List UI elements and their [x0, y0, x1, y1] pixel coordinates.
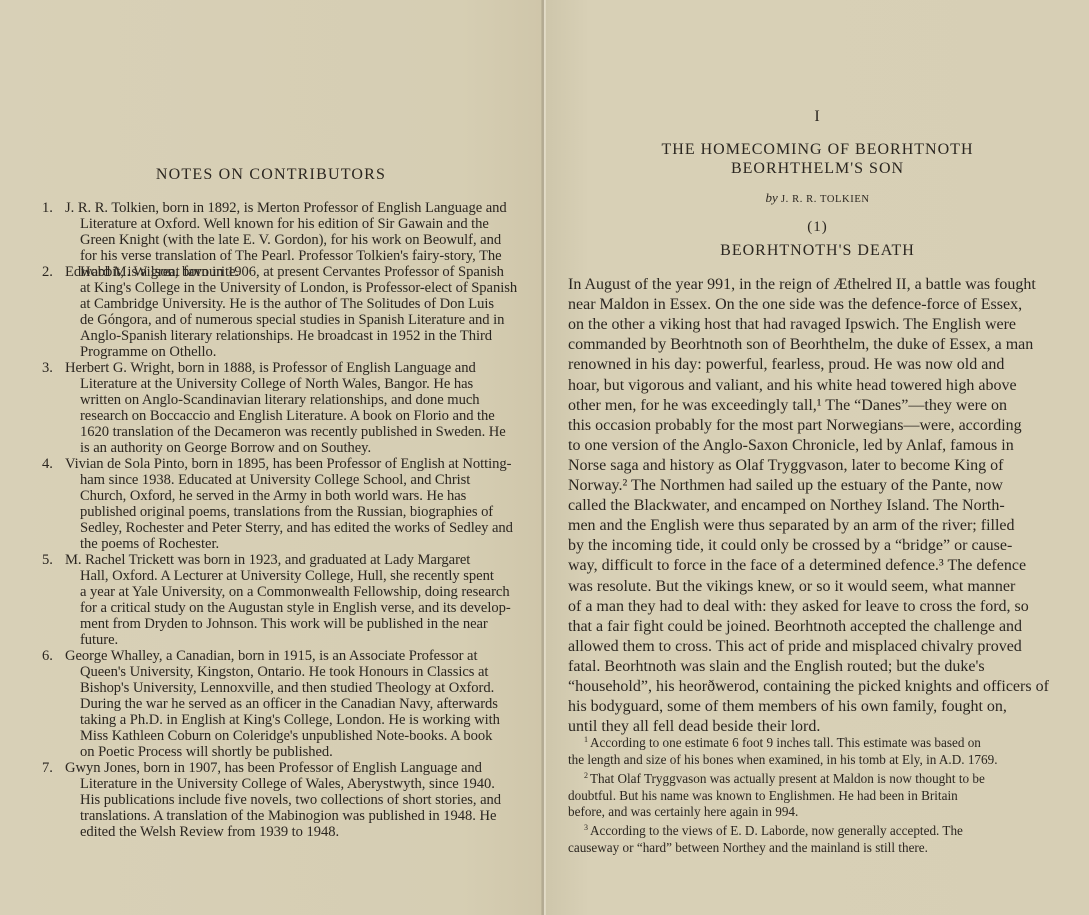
entry-line: Vivian de Sola Pinto, born in 1895, has …	[65, 456, 508, 472]
footnote-line: before, and was certainly here again in …	[568, 804, 798, 820]
entry-number: 3.	[42, 360, 53, 376]
entry-line: Edward M. Wilson, born in 1906, at prese…	[65, 264, 508, 280]
entry-line: Church, Oxford, he served in the Army in…	[80, 488, 508, 504]
body-line: that a fair fight could be joined. Beorh…	[568, 617, 1022, 637]
byline-prefix: by	[765, 190, 777, 205]
body-line: called the Blackwater, and encamped on N…	[568, 496, 1005, 516]
body-line: In August of the year 991, in the reign …	[568, 275, 1036, 295]
body-line: men and the English were thus separated …	[568, 516, 1015, 536]
entry-line: J. R. R. Tolkien, born in 1892, is Merto…	[65, 200, 508, 216]
body-line: by the incoming tide, it could only be c…	[568, 536, 1012, 556]
entry-line: Hall, Oxford. A Lecturer at University C…	[80, 568, 508, 584]
entry-line: at Cambridge University. He is the autho…	[80, 296, 508, 312]
entry-line: George Whalley, a Canadian, born in 1915…	[65, 648, 508, 664]
left-page: NOTES ON CONTRIBUTORS 1.J. R. R. Tolkien…	[0, 0, 542, 915]
entry-line: During the war he served as an officer i…	[80, 696, 508, 712]
body-line: was resolute. But the vikings knew, or s…	[568, 577, 1015, 597]
section-title: BEORHTNOTH'S DEATH	[546, 242, 1089, 260]
right-page: I THE HOMECOMING OF BEORHTNOTH BEORHTHEL…	[546, 0, 1089, 915]
entry-line: is an authority on George Borrow and on …	[80, 440, 508, 456]
entry-line: written on Anglo-Scandinavian literary r…	[80, 392, 508, 408]
body-line: to one version of the Anglo-Saxon Chroni…	[568, 436, 1014, 456]
byline-author: J. R. R. TOLKIEN	[781, 194, 870, 205]
entry-line: Anglo-Spanish literary relationships. He…	[80, 328, 508, 344]
body-line: hoar, but vigorous and valiant, and his …	[568, 376, 1017, 396]
entry-line: Programme on Othello.	[80, 344, 508, 360]
entry-line: Sedley, Rochester and Peter Sterry, and …	[80, 520, 508, 536]
entry-line: ment from Dryden to Johnson. This work w…	[80, 616, 508, 632]
page-heading: NOTES ON CONTRIBUTORS	[0, 166, 542, 184]
footnote-mark: 2	[584, 771, 590, 780]
entry-line: taking a Ph.D. in English at King's Coll…	[80, 712, 508, 728]
body-line: other men, for he was exceedingly tall,¹…	[568, 396, 1007, 416]
footnote-line: 3 According to the views of E. D. Labord…	[584, 823, 963, 839]
footnote-line: doubtful. But his name was known to Engl…	[568, 788, 958, 804]
entry-line: research on Boccaccio and English Litera…	[80, 408, 508, 424]
section-number: (1)	[546, 219, 1089, 236]
footnote-mark: 3	[584, 823, 590, 832]
body-line: his bodyguard, some of them members of h…	[568, 697, 1007, 717]
entry-line: Gwyn Jones, born in 1907, has been Profe…	[65, 760, 508, 776]
entry-line: His publications include five novels, tw…	[80, 792, 508, 808]
entry-number: 2.	[42, 264, 53, 280]
entry-line: Bishop's University, Lennoxville, and th…	[80, 680, 508, 696]
entry-number: 5.	[42, 552, 53, 568]
entry-number: 6.	[42, 648, 53, 664]
chapter-number: I	[546, 108, 1089, 126]
entry-number: 7.	[42, 760, 53, 776]
body-line: Norse saga and history as Olaf Tryggvaso…	[568, 456, 1003, 476]
entry-line: future.	[80, 632, 508, 648]
entry-line: the poems of Rochester.	[80, 536, 508, 552]
entry-number: 1.	[42, 200, 53, 216]
body-line: fatal. Beorhtnoth was slain and the Engl…	[568, 657, 985, 677]
body-line: “household”, his heorðwerod, containing …	[568, 677, 1049, 697]
entry-line: 1620 translation of the Decameron was re…	[80, 424, 508, 440]
entry-line: edited the Welsh Review from 1939 to 194…	[80, 824, 508, 840]
entry-line: at King's College in the University of L…	[80, 280, 508, 296]
footnote-mark: 1	[584, 735, 590, 744]
body-line: Norway.² The Northmen had sailed up the …	[568, 476, 1003, 496]
entry-line: Queen's University, Kingston, Ontario. H…	[80, 664, 508, 680]
entry-line: on Poetic Process will shortly be publis…	[80, 744, 508, 760]
entry-line: Literature at the University College of …	[80, 376, 508, 392]
footnote-line: the length and size of his bones when ex…	[568, 752, 998, 768]
entry-line: M. Rachel Trickett was born in 1923, and…	[65, 552, 508, 568]
body-line: near Maldon in Essex. On the one side wa…	[568, 295, 1022, 315]
chapter-title-line-1: THE HOMECOMING OF BEORHTNOTH	[546, 141, 1089, 159]
footnote-line: 1 According to one estimate 6 foot 9 inc…	[584, 735, 981, 751]
entry-line: for a critical study on the Augustan sty…	[80, 600, 508, 616]
chapter-title-line-2: BEORHTHELM'S SON	[546, 160, 1089, 178]
body-line: on the other a viking host that had rava…	[568, 315, 1016, 335]
entry-line: Herbert G. Wright, born in 1888, is Prof…	[65, 360, 508, 376]
entry-number: 4.	[42, 456, 53, 472]
body-line: this occasion probably for the most part…	[568, 416, 1022, 436]
entry-line: a year at Yale University, on a Commonwe…	[80, 584, 508, 600]
entry-line: translations. A translation of the Mabin…	[80, 808, 508, 824]
entry-line: Literature in the University College of …	[80, 776, 508, 792]
footnote-line: causeway or “hard” between Northey and t…	[568, 840, 928, 856]
body-line: of a man they had to deal with: they ask…	[568, 597, 1029, 617]
body-line: renowned in his day: powerful, fearless,…	[568, 355, 1004, 375]
entry-line: published original poems, translations f…	[80, 504, 508, 520]
byline: by J. R. R. TOLKIEN	[546, 190, 1089, 206]
body-line: way, difficult to force in the face of a…	[568, 556, 1026, 576]
body-line: allowed them to cross. This act of pride…	[568, 637, 1022, 657]
footnote-line: 2 That Olaf Tryggvason was actually pres…	[584, 771, 985, 787]
entry-line: ham since 1938. Educated at University C…	[80, 472, 508, 488]
entry-line: Miss Kathleen Coburn on Coleridge's unpu…	[80, 728, 508, 744]
body-line: commanded by Beorhtnoth son of Beorhthel…	[568, 335, 1033, 355]
entry-line: for his verse translation of The Pearl. …	[80, 248, 508, 264]
entry-line: Green Knight (with the late E. V. Gordon…	[80, 232, 508, 248]
entry-line: Literature at Oxford. Well known for his…	[80, 216, 508, 232]
entry-line: de Góngora, and of numerous special stud…	[80, 312, 508, 328]
